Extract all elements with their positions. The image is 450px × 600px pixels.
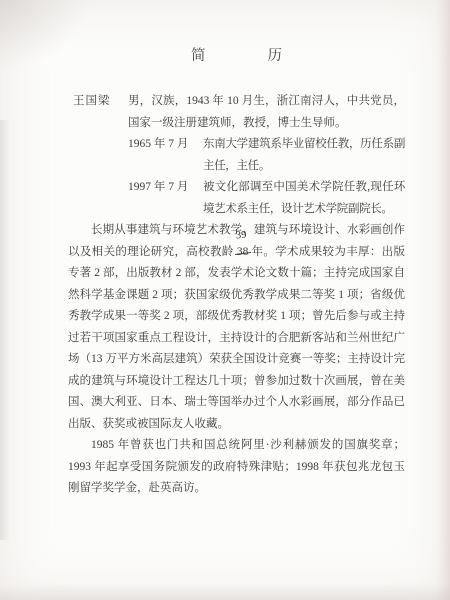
scanned-resume-page: 简历 王国梁 男，汉族，1943 年 10 月生，浙江南浔人，中共党员，国家一级… xyxy=(0,0,450,600)
handwritten-correction: 39 xyxy=(236,230,247,241)
timeline-date: 1965 年 7 月 xyxy=(128,134,203,177)
timeline-description: 被文化部调至中国美术学院任教,现任环境艺术系主任，设计艺术学院副院长。 xyxy=(203,177,405,220)
timeline-entry-1997: 1997 年 7 月 被文化部调至中国美术学院任教,现任环境艺术系主任，设计艺术… xyxy=(68,177,405,220)
corrected-number-group: 3839 xyxy=(237,242,249,264)
document-title: 简历 xyxy=(68,46,405,66)
scan-artifact-bottom-edge xyxy=(0,584,450,600)
timeline-date: 1997 年 7 月 xyxy=(128,177,203,220)
career-paragraph: 长期从事建筑与环境艺术教学、建筑与环境设计、水彩画创作以及相关的理论研究，高校教… xyxy=(68,220,405,435)
scan-artifact-right-edge xyxy=(436,0,450,600)
document-body: 王国梁 男，汉族，1943 年 10 月生，浙江南浔人，中共党员，国家一级注册建… xyxy=(68,91,405,500)
career-text-after-correction: 年。学术成果较为丰厚：出版专著 2 部，出版教材 2 部，发表学术论文数十篇；主… xyxy=(68,246,405,430)
person-name: 王国梁 xyxy=(68,91,128,134)
timeline-description: 东南大学建筑系毕业留校任教，历任系副主任，主任。 xyxy=(203,134,405,177)
name-entry-row: 王国梁 男，汉族，1943 年 10 月生，浙江南浔人，中共党员，国家一级注册建… xyxy=(68,91,405,134)
document-text-block: 简历 王国梁 男，汉族，1943 年 10 月生，浙江南浔人，中共党员，国家一级… xyxy=(68,46,405,500)
scan-artifact-left-edge xyxy=(0,120,10,540)
struck-number: 38 xyxy=(237,242,249,264)
awards-paragraph: 1985 年曾获也门共和国总统阿里·沙利赫颁发的国旗奖章；1993 年起享受国务… xyxy=(68,435,405,500)
timeline-entry-1965: 1965 年 7 月 东南大学建筑系毕业留校任教，历任系副主任，主任。 xyxy=(68,134,405,177)
person-description: 男，汉族，1943 年 10 月生，浙江南浔人，中共党员，国家一级注册建筑师，教… xyxy=(128,91,405,134)
